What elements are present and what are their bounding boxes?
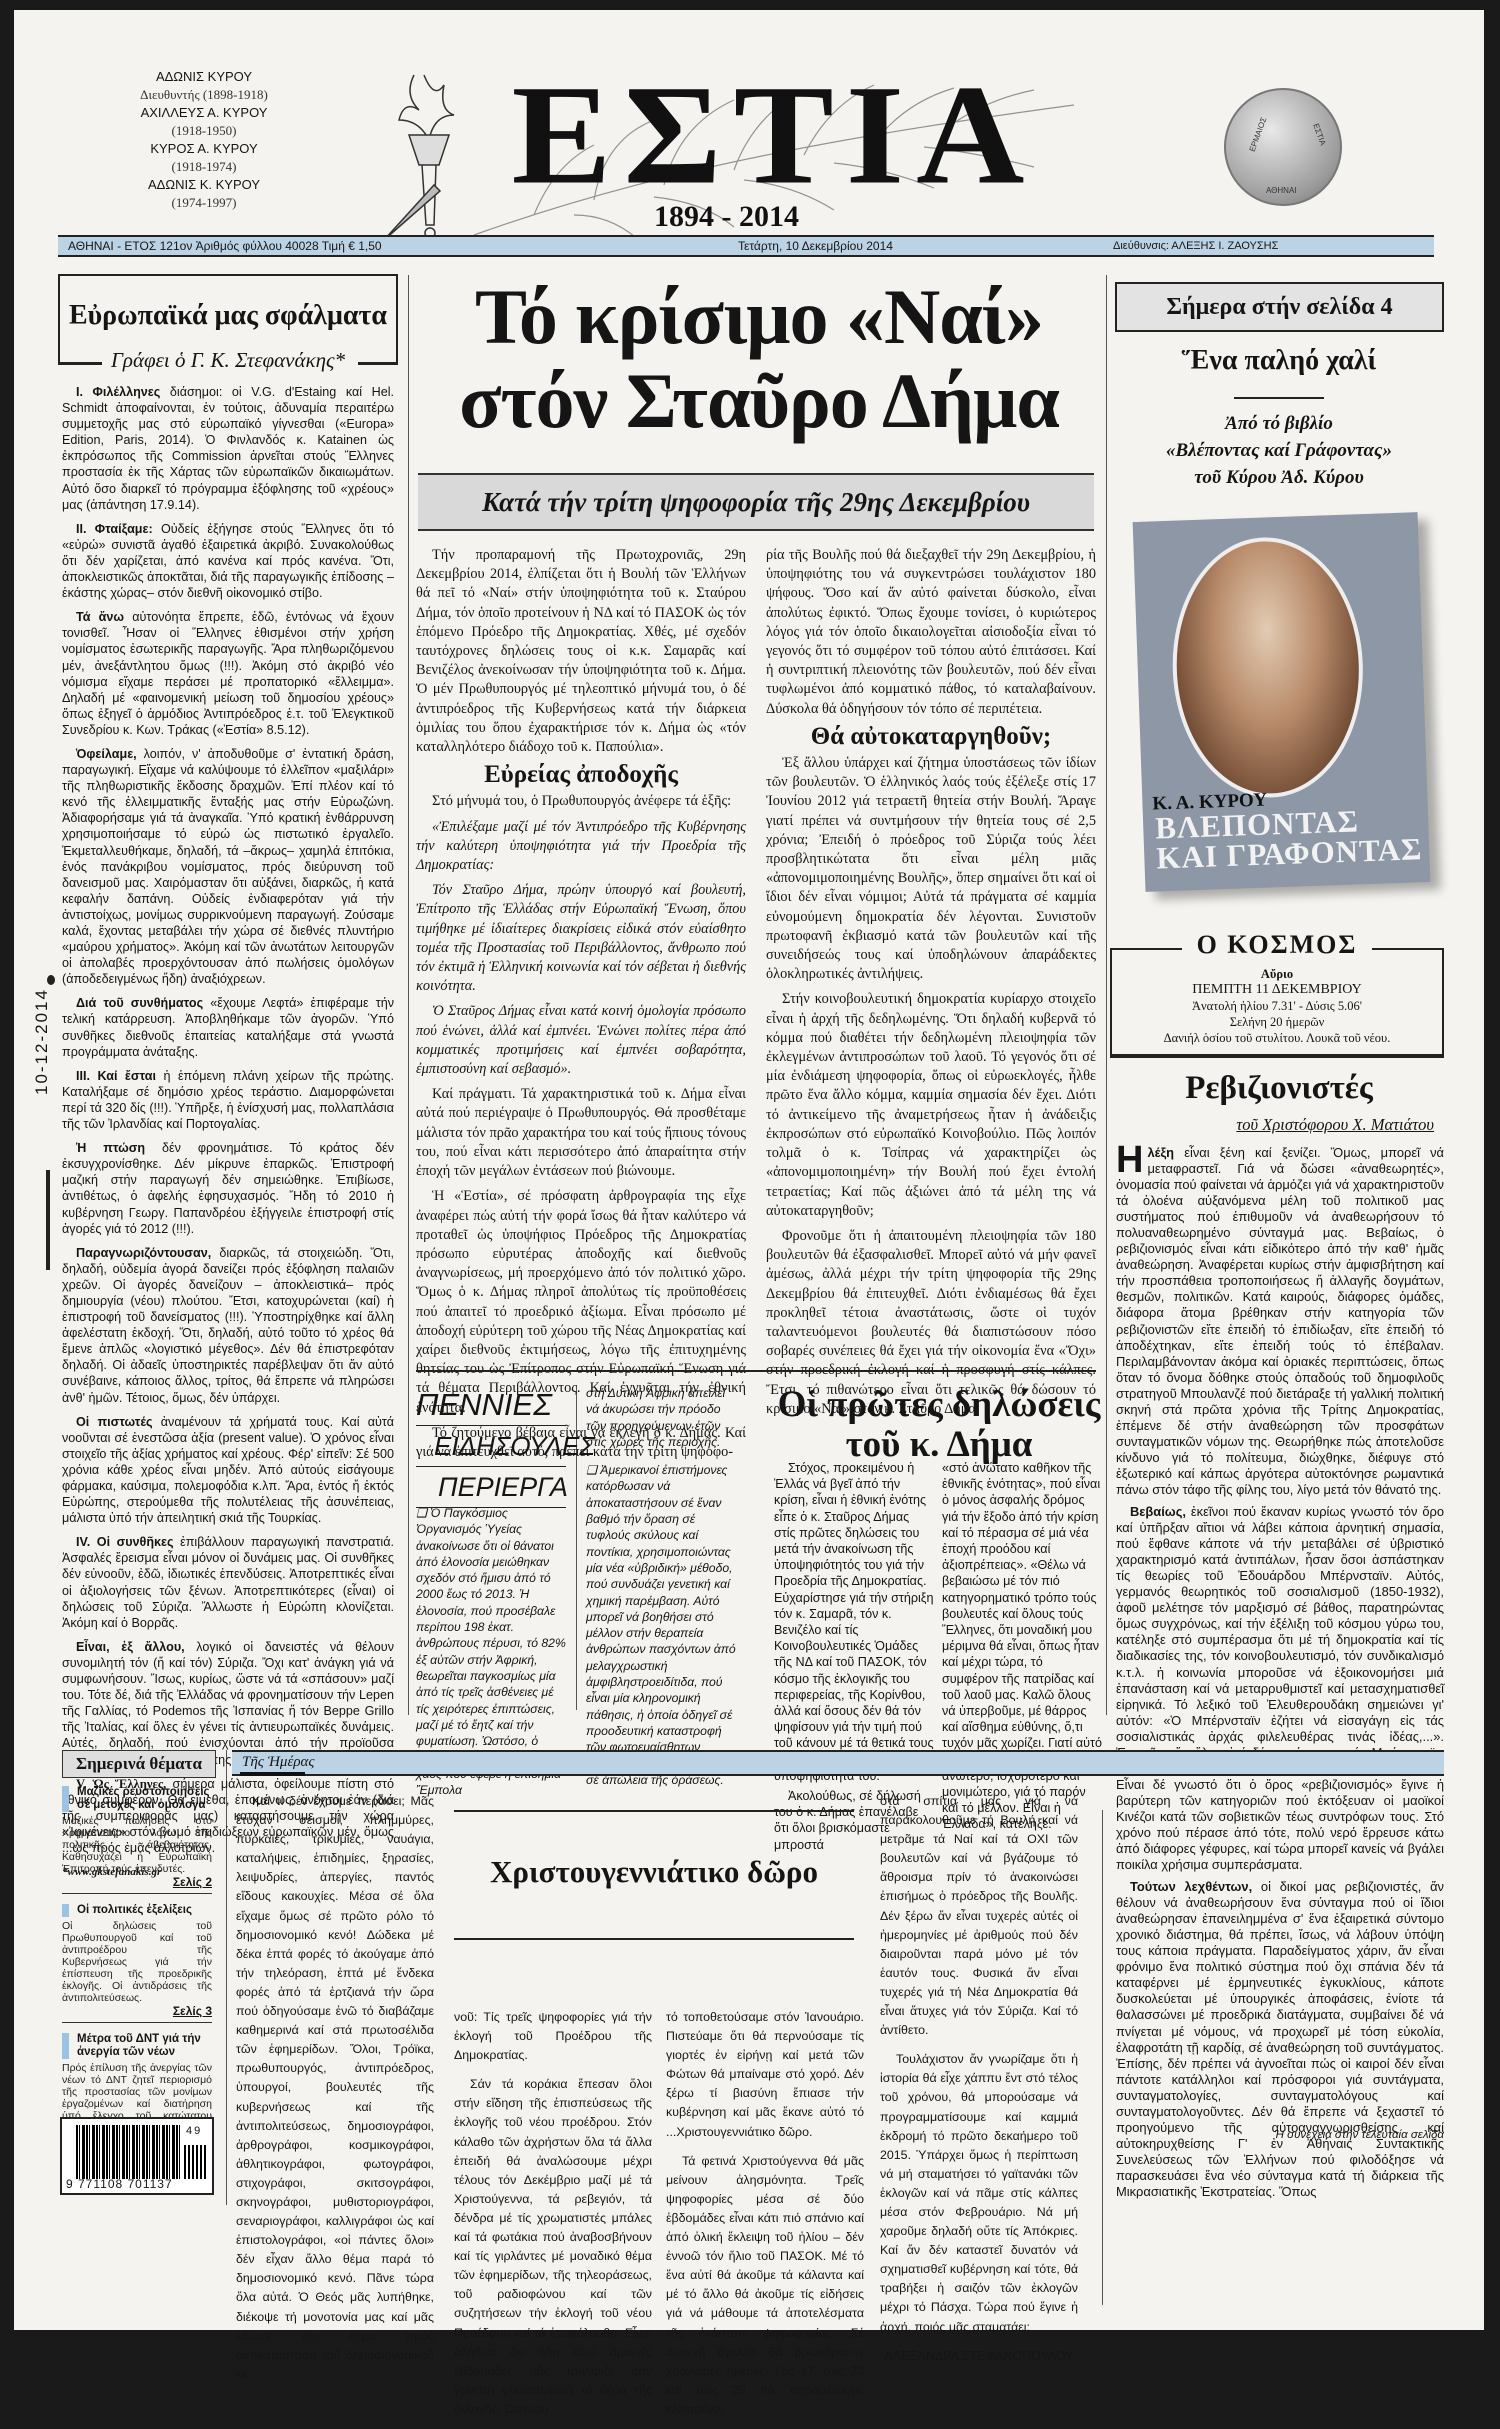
paragraph: II. Φταίξαμε: Οὐδείς ἐξήγησε στούς Ἕλλην… xyxy=(62,521,394,601)
paragraph: Εἶναι, ἐξ ἄλλου, λογικό οἱ δανειστές νά … xyxy=(62,1639,394,1768)
tis-imeras-label: Τῆς Ἡμέρας xyxy=(242,1754,315,1771)
paragraph: Ηλέξη εἶναι ξένη καί ξενίζει. Ὅμως, μπορ… xyxy=(1116,1145,1444,1498)
founder-name: ΑΔΩΝΙΣ ΚΥΡΟΥ xyxy=(104,68,304,86)
headline-line: στόν Σταῦρο Δήμα xyxy=(414,359,1104,443)
left-article-byline: Γράφει ὁ Γ. Κ. Στεφανάκης* xyxy=(108,348,348,373)
paragraph: Οἱ πιστωτές ἀναμένουν τά χρήματά τους. Κ… xyxy=(62,1414,394,1527)
topic-heading: Μαζικές ρευστοποιήσεις σέ μετοχές καί ὁμ… xyxy=(62,1786,212,1812)
kosmos-almanac-box: Ο ΚΟΣΜΟΣ Αὔριο ΠΕΜΠΤΗ 11 ΔΕΚΕΜΒΡΙΟΥ Ἀνατ… xyxy=(1110,948,1444,1058)
paragraph: στά σπίτια μας γιά νά παρακολουθοῦμε τή … xyxy=(880,1792,1078,2040)
topic-page-ref: Σελίς 3 xyxy=(62,2004,212,2018)
drop-cap: Η xyxy=(1116,1145,1143,1175)
paragraph: Ἐξ ἄλλου ὑπάρχει καί ζήτημα ὑποστάσεως τ… xyxy=(766,754,1096,984)
coin-text-right: ΕΣΤΙΑ xyxy=(1311,122,1327,146)
paragraph: ρία τῆς Βουλῆς πού θά διεξαχθεῖ τήν 29η … xyxy=(766,546,1096,719)
coin-emblem-icon: ΕΡΜΑΙΟΣ ΕΣΤΙΑ ΑΘΗΝΑΙ xyxy=(1224,88,1342,206)
almanac-line: Σελήνη 20 ἡμερῶν xyxy=(1112,1014,1442,1030)
book-title-line: ΚΑΙ ΓΡΑΦΟΝΤΑΣ xyxy=(1156,834,1423,873)
topic-heading: Οἱ πολιτικές ἐξελίξεις xyxy=(62,1904,212,1917)
today-page4-box[interactable]: Σήμερα στήν σελίδα 4 xyxy=(1115,282,1444,332)
subtitle-line: Ἀπό τό βιβλίο xyxy=(1114,410,1444,437)
pennies-item: ❑ Ἀμερικανοί ἐπιστήμονες κατόρθωσαν νά ἀ… xyxy=(586,1462,736,1788)
revisionists-byline: τοῦ Χριστόφορου Χ. Ματιάτου xyxy=(1194,1115,1434,1135)
paragraph: Τά φετινά Χριστούγεννα θά μᾶς μείνουν ἀλ… xyxy=(666,2152,864,2346)
barcode-addon-bars-icon xyxy=(184,2145,208,2179)
topic-heading: Μέτρα τοῦ ΔΝΤ γιά τήν ἀνεργία τῶν νέων xyxy=(62,2033,212,2059)
main-subhead: Κατά τήν τρίτη ψηφοφορία τῆς 29ης Δεκεμβ… xyxy=(418,473,1094,531)
masthead-info-bar: ΑΘΗΝΑΙ - ΕΤΟΣ 121ον Ἀριθμός φύλλου 40028… xyxy=(58,235,1434,257)
pennies-item: στή Δυτική Ἀφρική ἀπειλεῖ νά ἀκυρώσει τή… xyxy=(586,1385,736,1450)
topic-summary: Μαζικές πωλήσεις στό Χρηματιστήριο λόγω … xyxy=(62,1815,212,1875)
issue-date: Τετάρτη, 10 Δεκεμβρίου 2014 xyxy=(738,237,893,255)
title-line: Πεννιες xyxy=(416,1385,566,1426)
quote-paragraph: Τόν Σταῦρο Δήμα, πρώην ὑπουργό καί βουλε… xyxy=(416,881,746,996)
paragraph: Διά τοῦ συνθήματος «ἔχουμε Λεφτά» ἐπιφέρ… xyxy=(62,995,394,1059)
topic-page-ref: Σελίς 2 xyxy=(62,1875,212,1889)
topic-item[interactable]: Μαζικές ρευστοποιήσεις σέ μετοχές καί ὁμ… xyxy=(62,1786,212,1894)
founder-years: Διευθυντής (1898-1918) xyxy=(104,86,304,104)
topic-summary: Οἱ δηλώσεις τοῦ Πρωθυπουργοῦ καί τοῦ ἀντ… xyxy=(62,1920,212,2004)
paragraph: III. Καί ἔσται ἡ ἑπόμενη πλάνη χείρων τῆ… xyxy=(62,1068,394,1132)
left-article-title[interactable]: Εὐρωπαϊκά μας σφάλματα xyxy=(58,300,398,332)
tis-imeras-col4: στά σπίτια μας γιά νά παρακολουθοῦμε τή … xyxy=(880,1792,1078,2346)
issue-info: ΑΘΗΝΑΙ - ΕΤΟΣ 121ον Ἀριθμός φύλλου 40028… xyxy=(68,237,382,255)
almanac-line: ΠΕΜΠΤΗ 11 ΔΕΚΕΜΒΡΙΟΥ xyxy=(1112,982,1442,998)
almanac-line: Δανιήλ ὁσίου τοῦ στυλίτου. Λουκᾶ τοῦ νέο… xyxy=(1112,1030,1442,1046)
main-article-col1: Τήν προπαραμονή τῆς Πρωτοχρονιᾶς, 29η Δε… xyxy=(416,546,746,1468)
label-underline xyxy=(240,1772,305,1776)
page4-feature-subtitle: Ἀπό τό βιβλίο «Βλέποντας καί Γράφοντας» … xyxy=(1114,410,1444,491)
side-date: 10-12-2014 xyxy=(32,988,52,1095)
todays-topics-title: Σημερινά θέματα xyxy=(62,1750,216,1778)
byline-rule xyxy=(58,362,102,365)
column-divider xyxy=(1106,275,1107,1715)
section-heading: Εὐρείας ἀποδοχῆς xyxy=(416,765,746,784)
barcode-addon: 49 xyxy=(186,2125,202,2137)
byline-rule xyxy=(358,362,398,365)
column-divider xyxy=(1102,1810,1103,2305)
main-article-col2: ρία τῆς Βουλῆς πού θά διεξαχθεῖ τήν 29η … xyxy=(766,546,1096,1425)
almanac-line: Ἀνατολή ἡλίου 7.31' - Δύσις 5.06' xyxy=(1112,998,1442,1014)
paragraph: Βεβαίως, ἐκεῖνοι πού ἔκαναν κυρίως γνωστ… xyxy=(1116,1504,1444,1873)
pennies-title: Πεννιες Ειδησουλες Περιεργα xyxy=(416,1385,566,1508)
book-title: ΒΛΕΠΟΝΤΑΣ ΚΑΙ ΓΡΑΦΟΝΤΑΣ xyxy=(1155,804,1423,873)
page4-feature-title[interactable]: Ἕνα παληό χαλί xyxy=(1114,345,1444,377)
paragraph: Ἡ «Ἑστία», σέ πρόσφατη ἀρθρογραφία της ε… xyxy=(416,1187,746,1417)
separator xyxy=(1234,397,1324,399)
paragraph: IV. Οἱ συνθῆκες ἐπιβάλλουν παραγωγική πα… xyxy=(62,1534,394,1631)
topic-item[interactable]: Οἱ πολιτικές ἐξελίξεις Οἱ δηλώσεις τοῦ Π… xyxy=(62,1904,212,2023)
revisionists-title[interactable]: Ρεβιζιονιστές xyxy=(1114,1070,1444,1107)
paragraph: Ἡ πτώση δέν φρονημάτισε. Τό κράτος δέν ἐ… xyxy=(62,1140,394,1237)
kosmos-title: Ο ΚΟΣΜΟΣ xyxy=(1182,930,1372,960)
bullet-icon xyxy=(47,975,55,985)
column-divider xyxy=(408,275,409,1715)
paragraph: Τά ἄνω αὐτονόητα ἔπρεπε, ἐδῶ, ἐντόνως νά… xyxy=(62,609,394,738)
paragraph: Τούτων λεχθέντων, οἱ δικοί μας ρεβιζιονι… xyxy=(1116,1879,1444,2200)
founder-years: (1974-1997) xyxy=(104,194,304,212)
left-article-body: I. Φιλέλληνες διάσημοι: οἱ V.G. d'Estain… xyxy=(62,384,394,1888)
paragraph: Στόχος, προκειμένου ἡ Ἑλλάς νά βγεῖ ἀπό … xyxy=(774,1460,934,1784)
main-headline[interactable]: Τό κρίσιμο «Ναί» στόν Σταῦρο Δήμα xyxy=(414,275,1104,443)
title-line: Περιεργα xyxy=(416,1467,566,1508)
tis-imeras-bar: Τῆς Ἡμέρας xyxy=(232,1750,1444,1776)
quote-paragraph: «Ἐπιλέξαμε μαζί μέ τόν Ἀντιπρόεδρο τῆς Κ… xyxy=(416,818,746,876)
subtitle-line: τοῦ Κύρου Ἀδ. Κύρου xyxy=(1114,464,1444,491)
paragraph: Στό μήνυμά του, ὁ Πρωθυπουργός ἀνέφερε τ… xyxy=(416,792,746,811)
todays-topics-list: Μαζικές ρευστοποιήσεις σέ μετοχές καί ὁμ… xyxy=(62,1786,212,2163)
title-line: Ειδησουλες xyxy=(416,1426,566,1467)
tis-imeras-col2: νοῦ: Τίς τρεῖς ψηφοφορίες γιά τήν ἐκλογή… xyxy=(454,2008,652,2346)
revisionists-body: Ηλέξη εἶναι ξένη καί ξενίζει. Ὅμως, μπορ… xyxy=(1116,1145,1444,2206)
section-heading: Θά αὐτοκαταργηθοῦν; xyxy=(766,727,1096,746)
dimas-statements-col2: «στό ἀνώτατο καθῆκον τῆς ἐθνικῆς ἑνότητα… xyxy=(942,1460,1102,1837)
portrait-painting-icon xyxy=(1168,534,1367,800)
tis-imeras-col1: Καί τί δέν ἔχουμε περάσει; Μᾶς ἔτυχαν σε… xyxy=(236,1792,434,2346)
newspaper-front-page: ΑΔΩΝΙΣ ΚΥΡΟΥ Διευθυντής (1898-1918) ΑΧΙΛ… xyxy=(14,10,1484,2330)
founder-years: (1918-1974) xyxy=(104,158,304,176)
christmas-gift-title[interactable]: Χριστουγεννιάτικο δῶρο xyxy=(454,1810,854,1940)
paragraph: Στήν κοινοβουλευτική δημοκρατία κυρίαρχο… xyxy=(766,990,1096,1220)
almanac-line: Αὔριο xyxy=(1112,966,1442,982)
dimas-statements-title[interactable]: Οἱ πρῶτες δηλώσεις τοῦ κ. Δήμα xyxy=(774,1385,1104,1465)
quote-paragraph: Ὁ Σταῦρος Δήμας εἶναι κατά κοινή ὁμολογί… xyxy=(416,1002,746,1079)
founder-name: ΚΥΡΟΣ Α. ΚΥΡΟΥ xyxy=(104,140,304,158)
continued-on-last-page-link[interactable]: Ἡ συνέχεια στήν τελευταία σελίδα xyxy=(1264,2129,1444,2141)
paragraph: Τήν προπαραμονή τῆς Πρωτοχρονιᾶς, 29η Δε… xyxy=(416,546,746,757)
coin-text-bottom: ΑΘΗΝΑΙ xyxy=(1266,186,1297,195)
paragraph: I. Φιλέλληνες διάσημοι: οἱ V.G. d'Estain… xyxy=(62,384,394,513)
director-name: Διεύθυνσις: ΑΛΕΞΗΣ Ι. ΖΑΟΥΣΗΣ xyxy=(1113,237,1278,255)
paragraph: Τουλάχιστον ἄν γνωρίζαμε ὅτι ἡ ἱστορία θ… xyxy=(880,2050,1078,2336)
barcode-number: 9 771108 701137 xyxy=(66,2177,173,2191)
left-article-byline-wrap: Γράφει ὁ Γ. Κ. Στεφανάκης* xyxy=(58,348,398,378)
subtitle-line: «Βλέποντας καί Γράφοντας» xyxy=(1114,437,1444,464)
headline-line: Τό κρίσιμο «Ναί» xyxy=(414,275,1104,359)
barcode-bars-icon xyxy=(76,2125,182,2179)
newspaper-logo: ΕΣΤΙΑ xyxy=(454,73,1094,197)
section-rule xyxy=(416,1370,1096,1372)
founder-name: ΑΔΩΝΙΣ Κ. ΚΥΡΟΥ xyxy=(104,176,304,194)
founder-years: (1918-1950) xyxy=(104,122,304,140)
coin-text-left: ΕΡΜΑΙΟΣ xyxy=(1248,116,1269,153)
tis-imeras-col3: τό τοποθετούσαμε στόν Ἰανουάριο. Πιστεύα… xyxy=(666,2008,864,2346)
barcode: 49 9 771108 701137 xyxy=(60,2117,214,2195)
paragraph: Παραγνωριζόντουσαν, διαρκῶς, τά στοιχειώ… xyxy=(62,1245,394,1406)
paragraph: Καί τί δέν ἔχουμε περάσει; Μᾶς ἔτυχαν σε… xyxy=(236,1792,434,2346)
paragraph: Ὀφείλαμε, λοιπόν, ν' ἀποδυθοῦμε σ' ἐντατ… xyxy=(62,746,394,987)
paragraph: Σάν τά κοράκια ἔπεσαν ὅλοι στήν εἴδηση τ… xyxy=(454,2075,652,2346)
founders-list: ΑΔΩΝΙΣ ΚΥΡΟΥ Διευθυντής (1898-1918) ΑΧΙΛ… xyxy=(104,68,304,212)
book-cover-image: Κ. Α. ΚΥΡΟΥ ΒΛΕΠΟΝΤΑΣ ΚΑΙ ΓΡΑΦΟΝΤΑΣ xyxy=(1133,512,1431,892)
pennies-col2: στή Δυτική Ἀφρική ἀπειλεῖ νά ἀκυρώσει τή… xyxy=(586,1385,736,1788)
paragraph: νοῦ: Τίς τρεῖς ψηφοφορίες γιά τήν ἐκλογή… xyxy=(454,2008,652,2065)
side-bar-mark xyxy=(46,1170,50,1270)
founder-name: ΑΧΙΛΛΕΥΣ Α. ΚΥΡΟΥ xyxy=(104,104,304,122)
paragraph: τό τοποθετούσαμε στόν Ἰανουάριο. Πιστεύα… xyxy=(666,2008,864,2142)
paragraph: «στό ἀνώτατο καθῆκον τῆς ἐθνικῆς ἑνότητα… xyxy=(942,1460,1102,1833)
masthead-years: 1894 - 2014 xyxy=(654,200,799,234)
paragraph: Καί πράγματι. Τά χαρακτηριστικά τοῦ κ. Δ… xyxy=(416,1085,746,1181)
